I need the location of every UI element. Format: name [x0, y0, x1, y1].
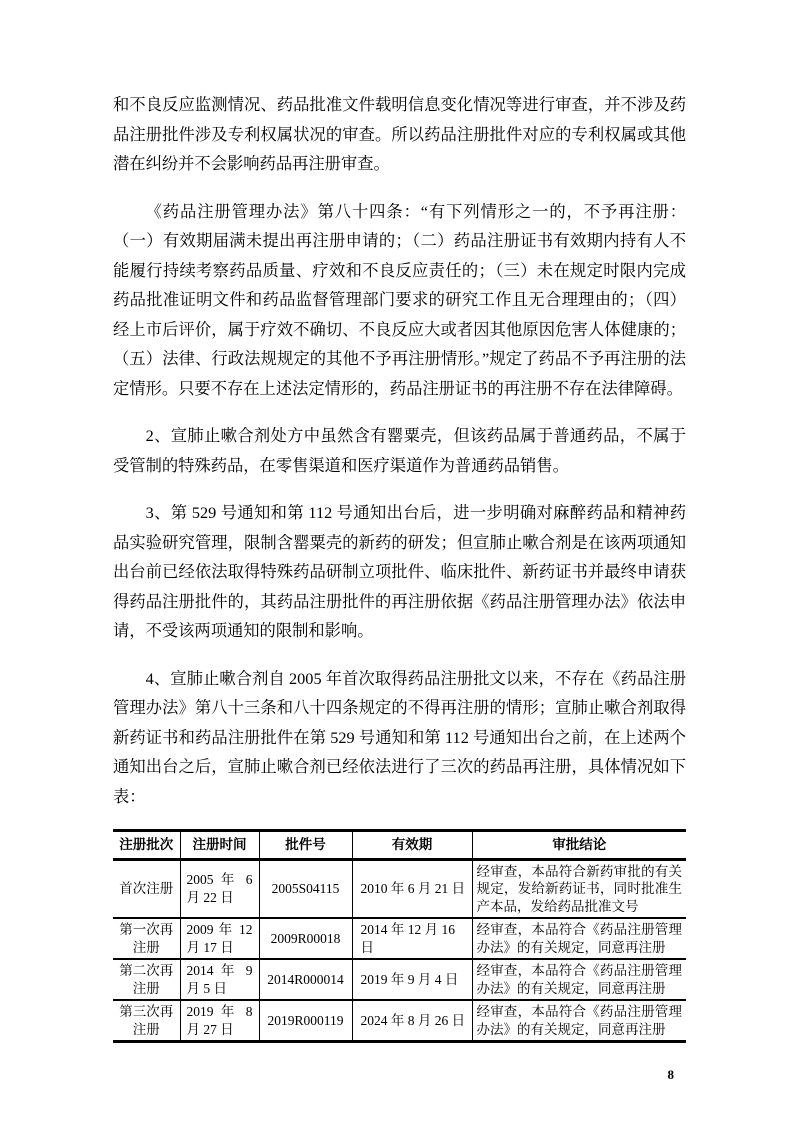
table-cell: 经审查，本品符合新药审批的有关规定，发给新药证书，同时批准生产本品，发给药品批准… [472, 859, 686, 918]
paragraph-item-4: 4、宣肺止嗽合剂自 2005 年首次取得药品注册批文以来，不存在《药品注册管理办… [113, 664, 686, 812]
table-cell: 2005S04115 [259, 859, 352, 918]
page-content: 和不良反应监测情况、药品批准文件载明信息变化情况等进行审查，并不涉及药品注册批件… [113, 0, 686, 1083]
col-header-registration-batch: 注册批次 [113, 831, 180, 860]
table-cell: 2014 年 9 月 5 日 [180, 959, 259, 1000]
table-cell: 2009 年 12 月 17 日 [180, 918, 259, 959]
table-header-row: 注册批次 注册时间 批件号 有效期 审批结论 [113, 831, 686, 860]
table-cell: 经审查，本品符合《药品注册管理办法》的有关规定，同意再注册 [472, 1000, 686, 1042]
table-cell: 经审查，本品符合《药品注册管理办法》的有关规定，同意再注册 [472, 959, 686, 1000]
table-cell: 2024 年 8 月 26 日 [352, 1000, 472, 1042]
table-cell: 2014 年 12 月 16 日 [352, 918, 472, 959]
table-cell: 2009R00018 [259, 918, 352, 959]
table-row: 首次注册 2005 年 6 月 22 日 2005S04115 2010 年 6… [113, 859, 686, 918]
table-cell: 2005 年 6 月 22 日 [180, 859, 259, 918]
col-header-approval-number: 批件号 [259, 831, 352, 860]
table-cell: 2014R000014 [259, 959, 352, 1000]
table-cell: 第二次再注册 [113, 959, 180, 1000]
col-header-approval-conclusion: 审批结论 [472, 831, 686, 860]
paragraph-article-84: 《药品注册管理办法》第八十四条：“有下列情形之一的，不予再注册：（一）有效期届满… [113, 197, 686, 404]
table-cell: 第三次再注册 [113, 1000, 180, 1042]
col-header-registration-time: 注册时间 [180, 831, 259, 860]
document-page: 和不良反应监测情况、药品批准文件载明信息变化情况等进行审查，并不涉及药品注册批件… [0, 0, 793, 1122]
paragraph-continuation: 和不良反应监测情况、药品批准文件载明信息变化情况等进行审查，并不涉及药品注册批件… [113, 90, 686, 179]
table-row: 第二次再注册 2014 年 9 月 5 日 2014R000014 2019 年… [113, 959, 686, 1000]
page-number: 8 [113, 1067, 686, 1083]
table-cell: 第一次再注册 [113, 918, 180, 959]
registration-history-table: 注册批次 注册时间 批件号 有效期 审批结论 首次注册 2005 年 6 月 2… [113, 829, 686, 1043]
table-row: 第三次再注册 2019 年 8 月 27 日 2019R000119 2024 … [113, 1000, 686, 1042]
table-cell: 2019R000119 [259, 1000, 352, 1042]
paragraph-item-2: 2、宣肺止嗽合剂处方中虽然含有罂粟壳，但该药品属于普通药品，不属于受管制的特殊药… [113, 421, 686, 480]
table-row: 第一次再注册 2009 年 12 月 17 日 2009R00018 2014 … [113, 918, 686, 959]
table-cell: 2010 年 6 月 21 日 [352, 859, 472, 918]
table-cell: 首次注册 [113, 859, 180, 918]
table-cell: 2019 年 9 月 4 日 [352, 959, 472, 1000]
paragraph-item-3: 3、第 529 号通知和第 112 号通知出台后，进一步明确对麻醉药品和精神药品… [113, 498, 686, 646]
table-cell: 2019 年 8 月 27 日 [180, 1000, 259, 1042]
col-header-validity-period: 有效期 [352, 831, 472, 860]
table-cell: 经审查，本品符合《药品注册管理办法》的有关规定，同意再注册 [472, 918, 686, 959]
